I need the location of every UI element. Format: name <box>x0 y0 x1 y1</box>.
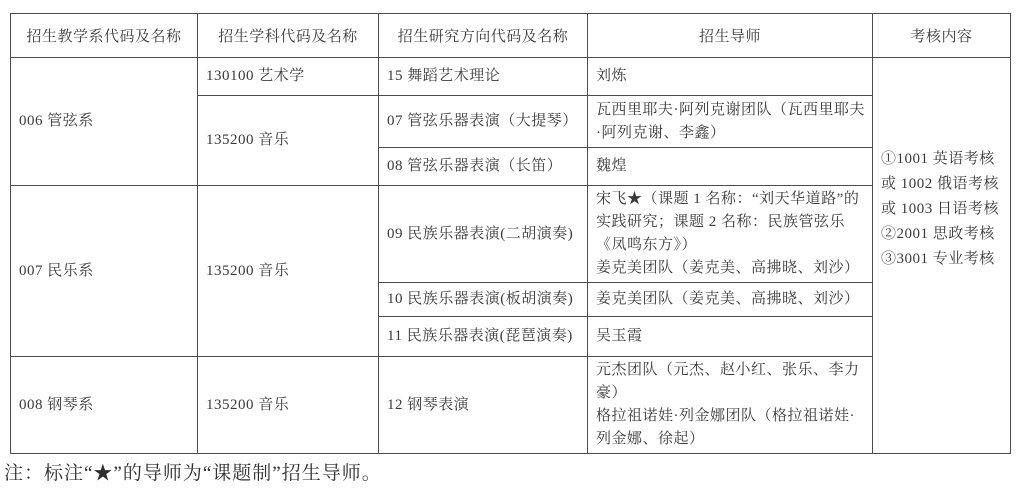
dept-cell-007: 007 民乐系 <box>11 186 198 357</box>
column-header-assessment: 考核内容 <box>873 14 1011 58</box>
discipline-cell-135200-006: 135200 音乐 <box>198 96 379 186</box>
advisors-cell: 吴玉霞 <box>588 317 873 357</box>
footnote: 注：标注“★”的导师为“课题制”招生导师。 <box>4 458 382 485</box>
direction-cell-15: 15 舞蹈艺术理论 <box>379 58 588 96</box>
advisors-cell: 魏煌 <box>588 148 873 186</box>
direction-cell-07: 07 管弦乐器表演（大提琴） <box>379 96 588 148</box>
direction-cell-09: 09 民族乐器表演(二胡演奏) <box>379 186 588 283</box>
dept-cell-006: 006 管弦系 <box>11 58 198 186</box>
admissions-table: 招生教学系代码及名称 招生学科代码及名称 招生研究方向代码及名称 招生导师 考核… <box>10 13 1011 454</box>
discipline-cell-130100: 130100 艺术学 <box>198 58 379 96</box>
discipline-cell-135200-008: 135200 音乐 <box>198 357 379 454</box>
direction-cell-08: 08 管弦乐器表演（长笛） <box>379 148 588 186</box>
advisors-cell: 瓦西里耶夫·阿列克谢团队（瓦西里耶夫·阿列克谢、李鑫） <box>588 96 873 148</box>
table-row: 006 管弦系 130100 艺术学 15 舞蹈艺术理论 刘炼 ①1001 英语… <box>11 58 1011 96</box>
column-header-direction: 招生研究方向代码及名称 <box>379 14 588 58</box>
advisors-cell: 宋飞★（课题 1 名称：“刘天华道路”的实践研究；课题 2 名称：民族管弦乐《凤… <box>588 186 873 283</box>
advisors-cell: 刘炼 <box>588 58 873 96</box>
direction-cell-12: 12 钢琴表演 <box>379 357 588 454</box>
table-row: 008 钢琴系 135200 音乐 12 钢琴表演 元杰团队（元杰、赵小红、张乐… <box>11 357 1011 454</box>
table-row: 007 民乐系 135200 音乐 09 民族乐器表演(二胡演奏) 宋飞★（课题… <box>11 186 1011 283</box>
discipline-cell-135200-007: 135200 音乐 <box>198 186 379 357</box>
direction-cell-11: 11 民族乐器表演(琵琶演奏) <box>379 317 588 357</box>
column-header-advisors: 招生导师 <box>588 14 873 58</box>
assessment-cell: ①1001 英语考核 或 1002 俄语考核 或 1003 日语考核 ②2001… <box>873 58 1011 454</box>
document-page: 招生教学系代码及名称 招生学科代码及名称 招生研究方向代码及名称 招生导师 考核… <box>0 0 1024 497</box>
assessment-text: ①1001 英语考核 或 1002 俄语考核 或 1003 日语考核 ②2001… <box>881 147 1004 272</box>
column-header-department: 招生教学系代码及名称 <box>11 14 198 58</box>
dept-cell-008: 008 钢琴系 <box>11 357 198 454</box>
table-header-row: 招生教学系代码及名称 招生学科代码及名称 招生研究方向代码及名称 招生导师 考核… <box>11 14 1011 58</box>
column-header-discipline: 招生学科代码及名称 <box>198 14 379 58</box>
advisors-cell: 姜克美团队（姜克美、高拂晓、刘沙） <box>588 283 873 317</box>
advisors-cell: 元杰团队（元杰、赵小红、张乐、李力豪） 格拉祖诺娃·列金娜团队（格拉祖诺娃·列金… <box>588 357 873 454</box>
direction-cell-10: 10 民族乐器表演(板胡演奏) <box>379 283 588 317</box>
